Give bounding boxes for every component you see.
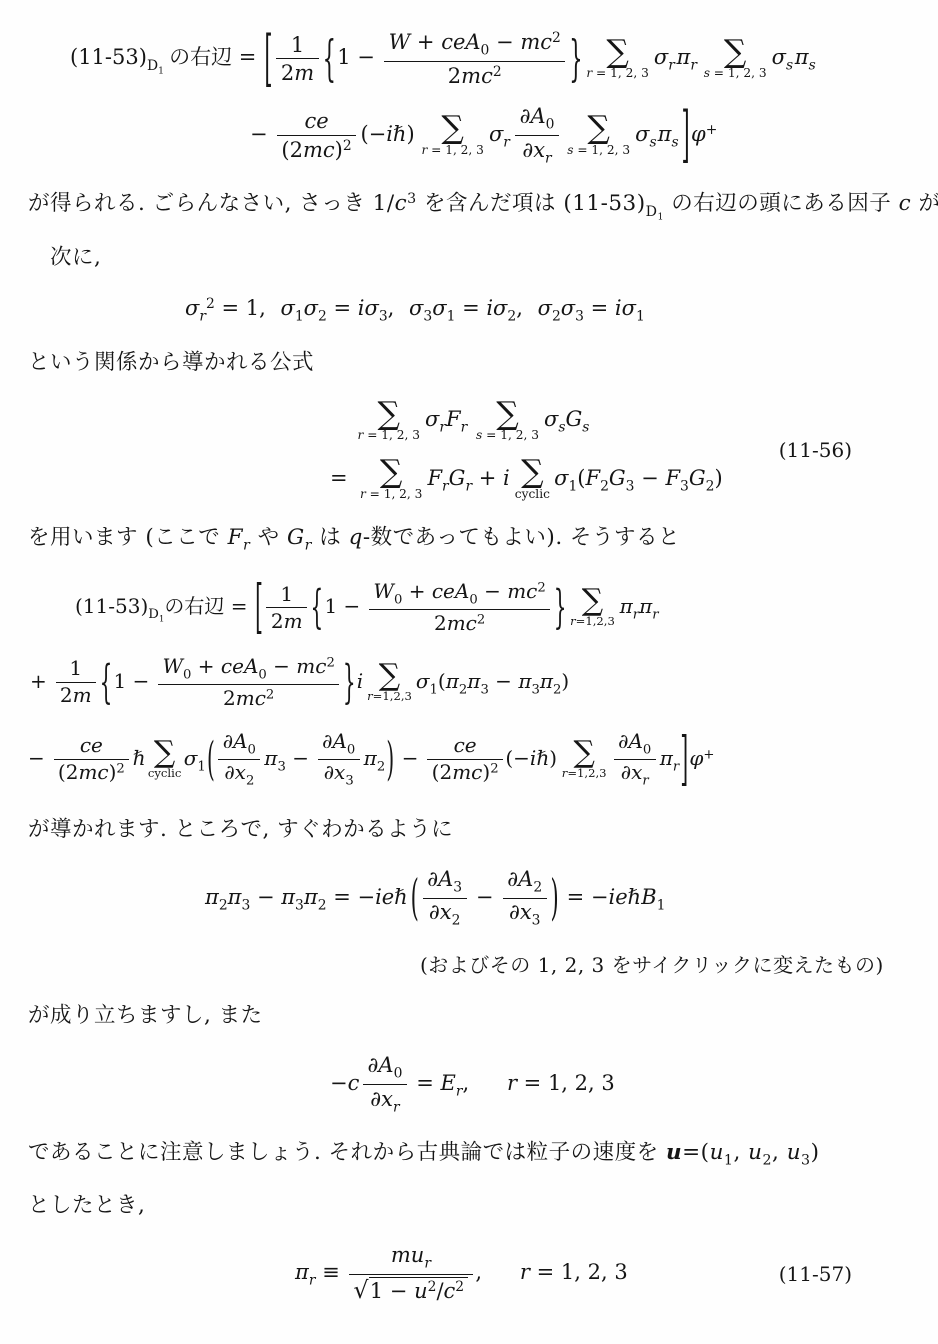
paragraph-use-formula: を用います (ここで Fr や Gr は q-数であってもよい). そうすると bbox=[28, 517, 910, 560]
equation-line: σr2 = 1,σ1σ2 = iσ3,σ3σ1 = iσ2,σ2σ3 = iσ1 bbox=[28, 295, 910, 326]
equation-11-57: πr ≡ mur√1 − u2/c2,r = 1, 2, 3 (11-57) bbox=[28, 1243, 910, 1304]
equation-line: −c∂A0∂xr = Er,r = 1, 2, 3 bbox=[28, 1053, 910, 1116]
paragraph-next: 次に, bbox=[28, 237, 910, 279]
textbook-page: (11-53)D1の右辺 = [12m{1 − W + ceA0 − mc22m… bbox=[0, 0, 938, 1304]
equation-pi-commutator: π2π3 − π3π2 = −ieℏ(∂A3∂x2 − ∂A2∂x3) = −i… bbox=[28, 867, 910, 930]
paragraph-discussion-1-over-c3: が得られる. ごらんなさい, さっき 1/c3 を含んだ項は (11-53)D1… bbox=[28, 183, 910, 227]
paragraph-holds-also: が成り立ちますし, また bbox=[28, 995, 910, 1037]
equation-number: (11-57) bbox=[779, 1262, 852, 1286]
equation-11-53-rhs-first-form: (11-53)D1の右辺 = [12m{1 − W + ceA0 − mc22m… bbox=[28, 30, 910, 167]
equation-line: πr ≡ mur√1 − u2/c2,r = 1, 2, 3 bbox=[28, 1243, 910, 1304]
paragraph-when-set: としたとき, bbox=[28, 1185, 910, 1227]
equation-line: ∑r = 1, 2, 3σrFr∑s = 1, 2, 3σsGs bbox=[28, 400, 910, 443]
paragraph-is-derived: が導かれます. ところで, すぐわかるように bbox=[28, 809, 910, 851]
equation-line: − ce(2mc)2(−iℏ)∑r = 1, 2, 3σr∂A0∂xr∑s = … bbox=[28, 104, 910, 167]
equation-line: − ce(2mc)2ℏ∑cyclicσ1(∂A0∂x2π3 − ∂A0∂x3π2… bbox=[28, 730, 910, 789]
equation-line: π2π3 − π3π2 = −ieℏ(∂A3∂x2 − ∂A2∂x3) = −i… bbox=[28, 867, 910, 930]
equation-line: + 12m{1 − W0 + ceA0 − mc22mc2}i∑r=1,2,3σ… bbox=[28, 655, 910, 710]
equation-number: (11-56) bbox=[779, 438, 852, 462]
paragraph-derived-formula: という関係から導かれる公式 bbox=[28, 342, 910, 384]
equation-line: = ∑r = 1, 2, 3FrGr + i∑cyclicσ1(F2G3 − F… bbox=[28, 458, 910, 501]
equation-11-53-rhs-expanded: (11-53)D1の右辺 = [12m{1 − W0 + ceA0 − mc22… bbox=[28, 580, 910, 788]
note-cyclic-permutation: (およびその 1, 2, 3 をサイクリックに変えたもの) bbox=[28, 946, 910, 985]
equation-pauli-relations: σr2 = 1,σ1σ2 = iσ3,σ3σ1 = iσ2,σ2σ3 = iσ1 bbox=[28, 295, 910, 326]
equation-11-56: ∑r = 1, 2, 3σrFr∑s = 1, 2, 3σsGs = ∑r = … bbox=[28, 400, 910, 501]
paragraph-classical-velocity: であることに注意しましょう. それから古典論では粒子の速度を u=(u1, u2… bbox=[28, 1132, 910, 1175]
equation-line: (11-53)D1の右辺 = [12m{1 − W0 + ceA0 − mc22… bbox=[28, 580, 910, 635]
equation-line: (11-53)D1の右辺 = [12m{1 − W + ceA0 − mc22m… bbox=[28, 30, 910, 88]
equation-electric-field: −c∂A0∂xr = Er,r = 1, 2, 3 bbox=[28, 1053, 910, 1116]
